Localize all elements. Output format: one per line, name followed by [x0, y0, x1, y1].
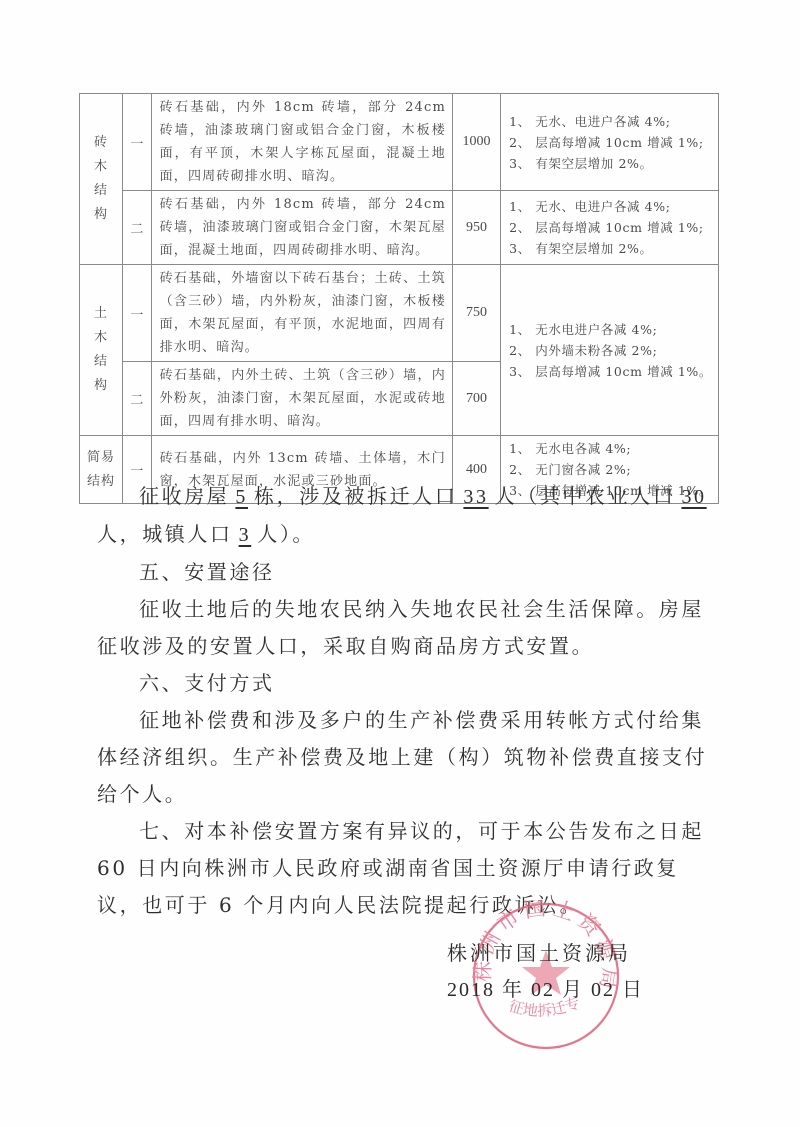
note-line: 3、 层高每增减 10cm 增减 1%。	[509, 361, 712, 382]
grade-cell: 一	[123, 94, 151, 191]
issuing-authority: 株洲市国土资源局	[447, 935, 644, 972]
agri-count: 30	[675, 486, 712, 508]
category-line: 简易	[80, 446, 122, 470]
description-cell: 砖石基础，内外 18cm 砖墙，部分 24cm 砖墙，油漆玻璃门窗或铝合金门窗，…	[151, 94, 452, 191]
category-cell-brick-wood: 砖 木 结 构	[80, 94, 123, 265]
note-line: 1、 无水电进户各减 4%;	[509, 319, 712, 340]
text: 人，城镇人口	[97, 522, 233, 546]
note-line: 3、 有架空层增加 2%。	[509, 238, 712, 259]
section6-paragraph: 征地补偿费和涉及多户的生产补偿费采用转帐方式付给集体经济组织。生产补偿费及地上建…	[97, 702, 719, 813]
signature-block: 株洲市国土资源局 2018 年 02 月 02 日	[447, 935, 644, 1009]
houses-count: 5	[229, 486, 254, 508]
section5-paragraph: 征收土地后的失地农民纳入失地农民社会生活保障。房屋征收涉及的安置人口，采取自购商…	[97, 591, 719, 665]
category-char: 砖	[80, 131, 122, 155]
price-cell: 1000	[453, 94, 501, 191]
category-char: 结	[80, 179, 122, 203]
text: 征收房屋	[139, 484, 229, 508]
notes-cell: 1、 无水、电进户各减 4%; 2、 层高每增减 10cm 增减 1%; 3、 …	[501, 191, 719, 265]
section6-heading: 六、支付方式	[97, 665, 719, 702]
category-char: 木	[80, 326, 122, 350]
notes-cell: 1、 无水电进户各减 4%; 2、 内外墙未粉各减 2%; 3、 层高每增减 1…	[501, 265, 719, 436]
category-char: 构	[80, 374, 122, 398]
document-page: 砖 木 结 构 一 砖石基础，内外 18cm 砖墙，部分 24cm 砖墙，油漆玻…	[0, 0, 800, 1127]
note-line: 2、 内外墙未粉各减 2%;	[509, 340, 712, 361]
grade-cell: 二	[123, 362, 151, 436]
note-line: 1、 无水电各减 4%;	[509, 438, 712, 459]
people-count: 33	[457, 486, 494, 508]
category-cell-earth-wood: 土 木 结 构	[80, 265, 123, 436]
compensation-standard-table: 砖 木 结 构 一 砖石基础，内外 18cm 砖墙，部分 24cm 砖墙，油漆玻…	[79, 93, 719, 504]
table-row: 二 砖石基础，内外 18cm 砖墙，部分 24cm 砖墙，油漆玻璃门窗或铝合金门…	[80, 191, 719, 265]
category-char: 土	[80, 302, 122, 326]
price-cell: 950	[453, 191, 501, 265]
table-row: 砖 木 结 构 一 砖石基础，内外 18cm 砖墙，部分 24cm 砖墙，油漆玻…	[80, 94, 719, 191]
body-text: 征收房屋5栋，涉及被拆迁人口33人（其中农业人口30人，城镇人口3人）。 五、安…	[97, 478, 719, 924]
text: 栋，涉及被拆迁人口	[254, 484, 457, 508]
text: 人（其中农业人口	[495, 484, 676, 508]
note-line: 3、 有架空层增加 2%。	[509, 153, 712, 174]
description-cell: 砖石基础，内外土砖、土筑（含三砂）墙，内外粉灰，油漆门窗，木架瓦屋面，水泥或砖地…	[151, 362, 452, 436]
note-line: 1、 无水、电进户各减 4%;	[509, 111, 712, 132]
note-line: 1、 无水、电进户各减 4%;	[509, 196, 712, 217]
note-line: 2、 无门窗各减 2%;	[509, 459, 712, 480]
section7-paragraph: 七、对本补偿安置方案有异议的，可于本公告发布之日起 60 日内向株洲市人民政府或…	[97, 813, 719, 924]
category-char: 木	[80, 155, 122, 179]
summary-paragraph: 征收房屋5栋，涉及被拆迁人口33人（其中农业人口30人，城镇人口3人）。	[97, 478, 719, 554]
notes-cell: 1、 无水、电进户各减 4%; 2、 层高每增减 10cm 增减 1%; 3、 …	[501, 94, 719, 191]
category-char: 构	[80, 203, 122, 227]
note-line: 2、 层高每增减 10cm 增减 1%;	[509, 132, 712, 153]
price-cell: 750	[453, 265, 501, 362]
issue-date: 2018 年 02 月 02 日	[447, 972, 644, 1009]
description-cell: 砖石基础，内外 18cm 砖墙，部分 24cm 砖墙，油漆玻璃门窗或铝合金门窗，…	[151, 191, 452, 265]
grade-cell: 一	[123, 265, 151, 362]
section5-heading: 五、安置途径	[97, 554, 719, 591]
grade-cell: 二	[123, 191, 151, 265]
note-line: 2、 层高每增减 10cm 增减 1%;	[509, 217, 712, 238]
table-row: 土 木 结 构 一 砖石基础，外墙窗以下砖石基台；土砖、土筑（含三砂）墙，内外粉…	[80, 265, 719, 362]
description-cell: 砖石基础，外墙窗以下砖石基台；土砖、土筑（含三砂）墙，内外粉灰，油漆门窗，木板楼…	[151, 265, 452, 362]
urban-count: 3	[233, 524, 258, 546]
text: 人）。	[257, 522, 315, 546]
price-cell: 700	[453, 362, 501, 436]
category-char: 结	[80, 350, 122, 374]
